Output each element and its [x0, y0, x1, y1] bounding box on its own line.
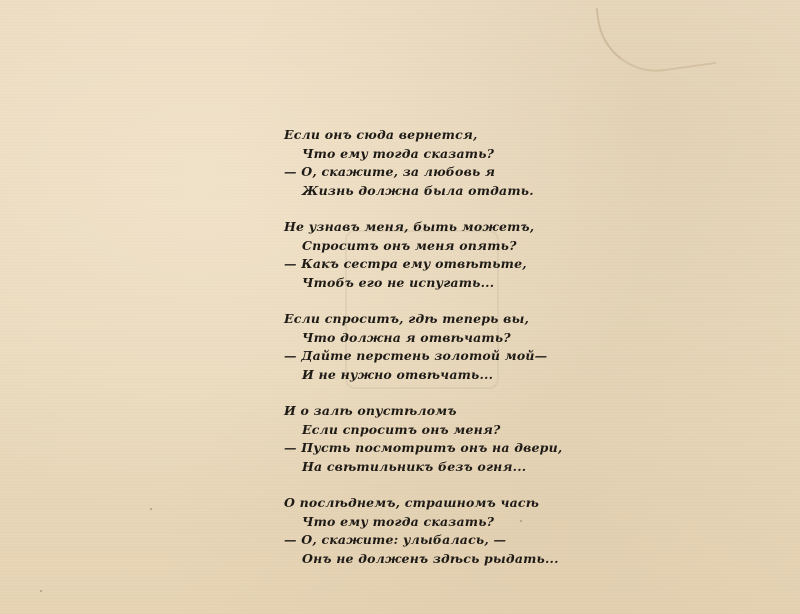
poem-line: — О, скажите: улыбалась, — [284, 531, 562, 550]
stanza: Если онъ сюда вернется,Что ему тогда ска… [284, 126, 562, 200]
stanza: Не узнавъ меня, быть можетъ,Спроситъ онъ… [284, 218, 562, 292]
poem-line: Если спроситъ, гдѣ теперь вы, [284, 310, 562, 329]
poem-line: На свѣтильникъ безъ огня... [284, 458, 562, 477]
stanza: И о залѣ опустѣломъЕсли спроситъ онъ мен… [284, 402, 562, 476]
poem-line: Чтобъ его не испугать... [284, 274, 562, 293]
poem-line: Не узнавъ меня, быть можетъ, [284, 218, 562, 237]
poem-line: И о залѣ опустѣломъ [284, 402, 562, 421]
poem-line: — Пусть посмотритъ онъ на двери, [284, 439, 562, 458]
paper-speck [40, 590, 42, 592]
poem-line: Что должна я отвѣчать? [284, 329, 562, 348]
stanza: Если спроситъ, гдѣ теперь вы,Что должна … [284, 310, 562, 384]
poem-line: Если онъ сюда вернется, [284, 126, 562, 145]
poem-line: — Дайте перстень золотой мой— [284, 347, 562, 366]
poem-line: — О, скажите, за любовь я [284, 163, 562, 182]
poem-line: Спроситъ онъ меня опять? [284, 237, 562, 256]
poem-line: Если спроситъ онъ меня? [284, 421, 562, 440]
poem-line: Что ему тогда сказать? [284, 513, 562, 532]
stanza: О послѣднемъ, страшномъ часѣЧто ему тогд… [284, 494, 562, 568]
poem-line: — Какъ сестра ему отвѣтьте, [284, 255, 562, 274]
poem-line: Онъ не долженъ здѣсь рыдать... [284, 550, 562, 569]
poem-text: Если онъ сюда вернется,Что ему тогда ска… [284, 126, 562, 586]
poem-line: О послѣднемъ, страшномъ часѣ [284, 494, 562, 513]
paper-speck [150, 508, 152, 510]
poem-line: И не нужно отвѣчать... [284, 366, 562, 385]
poem-line: Что ему тогда сказать? [284, 145, 562, 164]
poem-line: Жизнь должна была отдать. [284, 182, 562, 201]
